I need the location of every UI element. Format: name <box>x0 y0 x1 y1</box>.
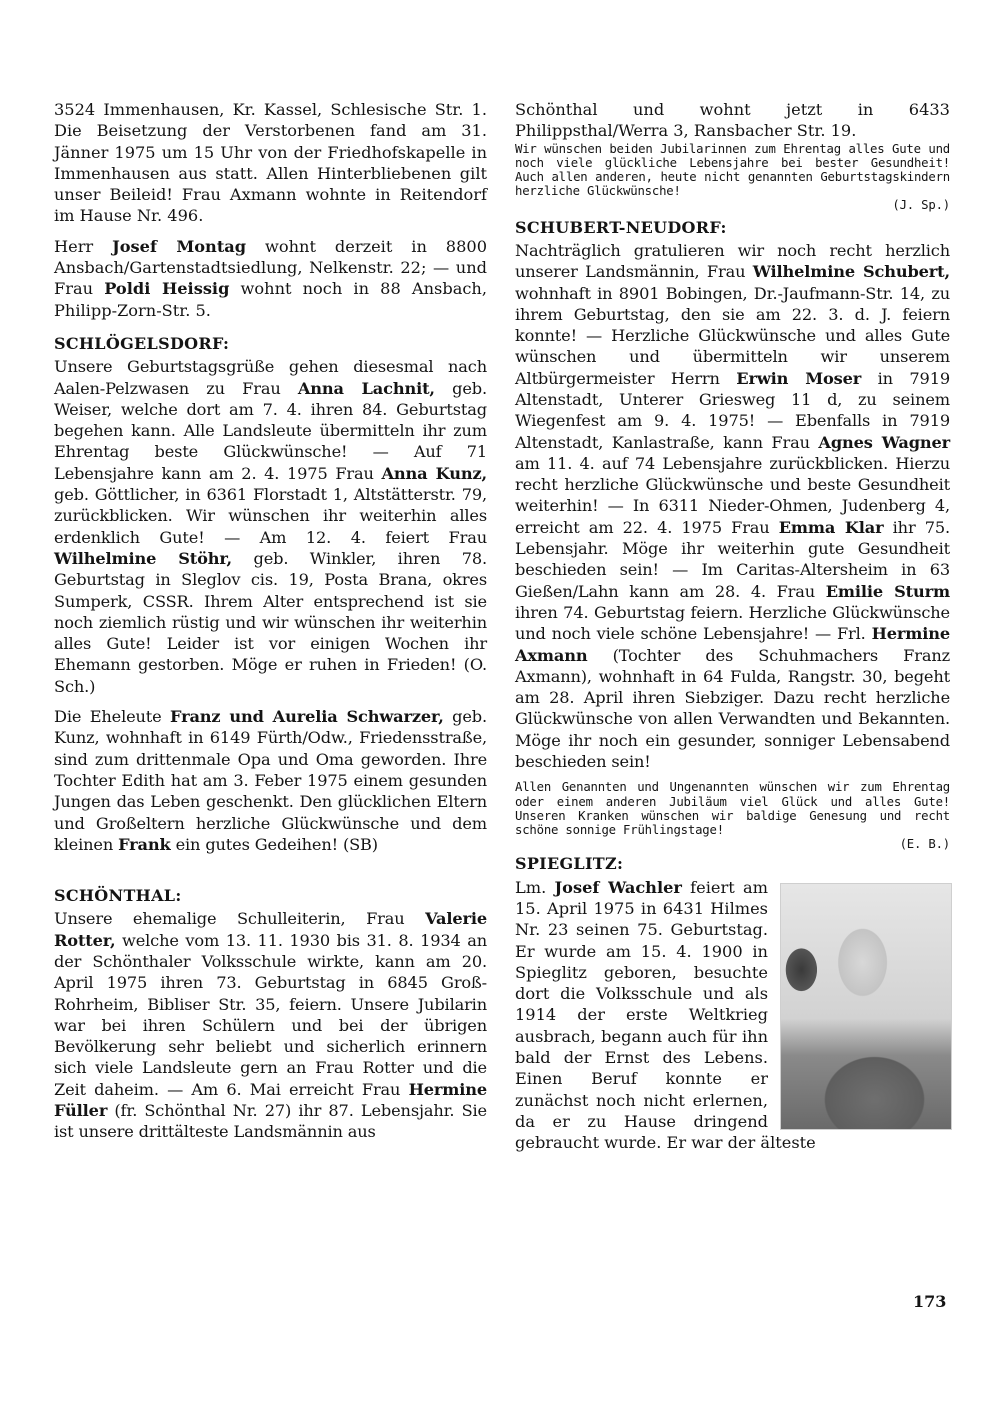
text: geb. Göttlicher, in 6361 Florstadt 1, Al… <box>54 485 487 547</box>
name-bold: Franz und Aurelia Schwarzer, <box>170 707 444 726</box>
text: Unsere ehemalige Schulleiterin, Frau <box>54 909 425 928</box>
name-bold: Josef Wachler <box>555 878 682 897</box>
text: Die Eheleute <box>54 707 170 726</box>
signature: (E. B.) <box>515 837 950 851</box>
note-jubilarinnen: Wir wünschen beiden Jubilarinnen zum Ehr… <box>515 142 950 213</box>
name-bold: Anna Lachnit, <box>298 379 435 398</box>
section-heading-schloegelsdorf: SCHLÖGELSDORF: <box>54 333 487 354</box>
text: welche vom 13. 11. 1930 bis 31. 8. 1934 … <box>54 931 487 1099</box>
name-bold: Josef Montag <box>112 237 246 256</box>
portrait-photo <box>780 883 950 1128</box>
paragraph-montag-heissig: Herr Josef Montag wohnt derzeit in 8800 … <box>54 236 487 321</box>
name-bold: Emilie Sturm <box>826 582 950 601</box>
left-column: 3524 Immenhausen, Kr. Kassel, Schlesisch… <box>54 99 487 1143</box>
note-text: Allen Genannten und Ungenannten wünschen… <box>515 780 950 837</box>
text: geb. Kunz, wohnhaft in 6149 Fürth/Odw., … <box>54 707 487 854</box>
section-heading-spieglitz: SPIEGLITZ: <box>515 853 950 874</box>
name-bold: Wilhelmine Stöhr, <box>54 549 232 568</box>
right-column: Schönthal und wohnt jetzt in 6433 Philip… <box>515 99 950 1154</box>
text: ein gutes Gedeihen! (SB) <box>171 835 378 854</box>
page-number: 173 <box>913 1292 946 1311</box>
note-allen-genannten: Allen Genannten und Ungenannten wünschen… <box>515 780 950 851</box>
paragraph-schoenthal: Unsere ehemalige Schulleiterin, Frau Val… <box>54 908 487 1142</box>
paragraph-immenhausen: 3524 Immenhausen, Kr. Kassel, Schlesisch… <box>54 99 487 227</box>
text: (fr. Schönthal Nr. 27) ihr 87. Lebensjah… <box>54 1101 487 1141</box>
photo-image <box>780 883 952 1130</box>
name-bold: Poldi Heissig <box>104 279 229 298</box>
text: feiert am 15. April 1975 in 6431 Hilmes … <box>515 878 816 1153</box>
paragraph-schubert-neudorf: Nachträglich gratulieren wir noch recht … <box>515 240 950 772</box>
name-bold: Frank <box>118 835 170 854</box>
note-text: Wir wünschen beiden Jubilarinnen zum Ehr… <box>515 142 950 199</box>
text: Lm. <box>515 878 555 897</box>
paragraph-schwarzer: Die Eheleute Franz und Aurelia Schwarzer… <box>54 706 487 855</box>
signature: (J. Sp.) <box>515 198 950 212</box>
name-bold: Wilhelmine Schubert, <box>753 262 950 281</box>
paragraph-schoenthal-continued: Schönthal und wohnt jetzt in 6433 Philip… <box>515 99 950 142</box>
text: geb. Winkler, ihren 78. Geburtstag in Sl… <box>54 549 487 696</box>
section-heading-schoenthal: SCHÖNTHAL: <box>54 885 487 906</box>
name-bold: Erwin Moser <box>736 369 861 388</box>
text: Herr <box>54 237 112 256</box>
name-bold: Agnes Wagner <box>818 433 950 452</box>
paragraph-schloegelsdorf: Unsere Geburtstagsgrüße gehen diesesmal … <box>54 356 487 697</box>
name-bold: Emma Klar <box>779 518 884 537</box>
name-bold: Anna Kunz, <box>381 464 487 483</box>
section-heading-schubert-neudorf: SCHUBERT-NEUDORF: <box>515 217 950 238</box>
